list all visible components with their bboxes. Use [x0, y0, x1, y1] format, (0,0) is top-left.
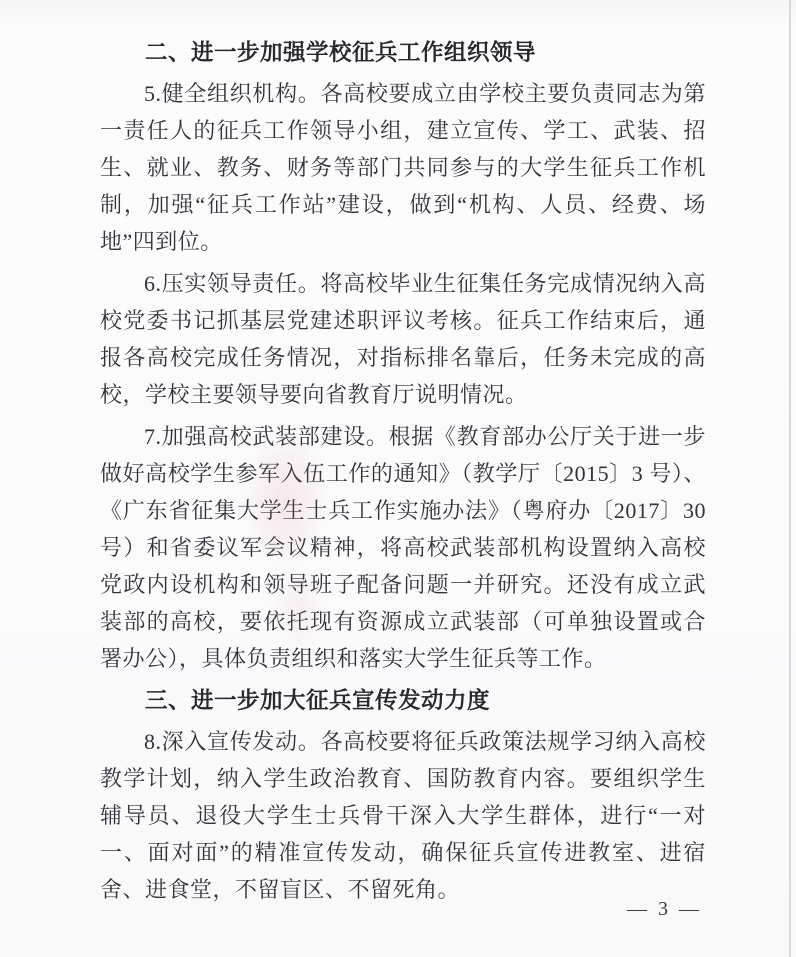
page-number: — 3 — — [627, 898, 702, 921]
paragraph-item-7: 7.加强高校武装部建设。根据《教育部办公厅关于进一步做好高校学生参军入伍工作的通… — [100, 418, 706, 677]
document-text-body: 二、进一步加强学校征兵工作组织领导 5.健全组织机构。各高校要成立由学校主要负责… — [100, 34, 706, 913]
document-page: 二、进一步加强学校征兵工作组织领导 5.健全组织机构。各高校要成立由学校主要负责… — [0, 0, 796, 957]
paragraph-item-5: 5.健全组织机构。各高校要成立由学校主要负责同志为第一责任人的征兵工作领导小组，… — [100, 75, 706, 260]
scan-shade — [0, 0, 796, 26]
section-heading-2: 二、进一步加强学校征兵工作组织领导 — [100, 34, 706, 71]
section-heading-3: 三、进一步加大征兵宣传发动力度 — [100, 682, 706, 719]
scan-edge-line — [789, 0, 791, 957]
paragraph-item-8: 8.深入宣传发动。各高校要将征兵政策法规学习纳入高校教学计划，纳入学生政治教育、… — [100, 723, 706, 908]
paragraph-item-6: 6.压实领导责任。将高校毕业生征集任务完成情况纳入高校党委书记抓基层党建述职评议… — [100, 265, 706, 413]
